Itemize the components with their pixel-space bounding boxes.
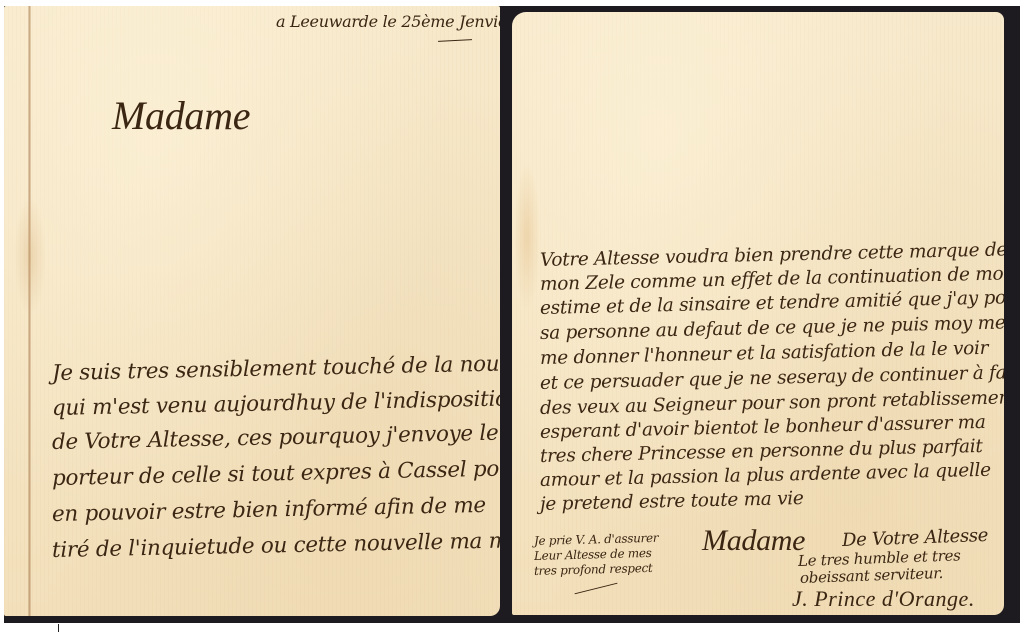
letter-body-line: tiré de l'inquietude ou cette nouvelle m…: [52, 528, 500, 563]
dateline-underline: [438, 39, 472, 42]
pen-stroke: [575, 583, 618, 595]
letter-salutation: Madame: [112, 92, 250, 139]
scan-edge-marker: [58, 624, 59, 632]
paper-stain: [514, 162, 540, 312]
manuscript-page-right: Votre Altesse voudra bien prendre cette …: [512, 12, 1004, 615]
letter-body-line: qui m'est venu aujourdhuy de l'indisposi…: [52, 386, 500, 421]
letter-body-line: je pretend estre toute ma vie: [540, 488, 804, 515]
letter-closing-salutation: Madame: [702, 524, 805, 558]
subscription-line: obeissant serviteur.: [800, 564, 944, 587]
document-viewer: a Leeuwarde le 25ème Jenvier 1709. Madam…: [0, 0, 1024, 632]
letter-body-line: Je suis tres sensiblement touché de la n…: [52, 351, 500, 386]
paper-stain: [14, 196, 46, 316]
letter-body-line: de Votre Altesse, ces pourquoy j'envoye …: [52, 421, 499, 455]
letter-signature: J. Prince d'Orange.: [792, 586, 975, 612]
manuscript-page-left: a Leeuwarde le 25ème Jenvier 1709. Madam…: [4, 6, 500, 616]
letter-dateline: a Leeuwarde le 25ème Jenvier 1709.: [276, 12, 500, 31]
letter-body-line: porteur de celle si tout expres à Cassel…: [52, 456, 500, 491]
letter-body-line: en pouvoir estre bien informé afin de me: [52, 493, 486, 527]
postscript-line: tres profond respect: [534, 561, 653, 578]
